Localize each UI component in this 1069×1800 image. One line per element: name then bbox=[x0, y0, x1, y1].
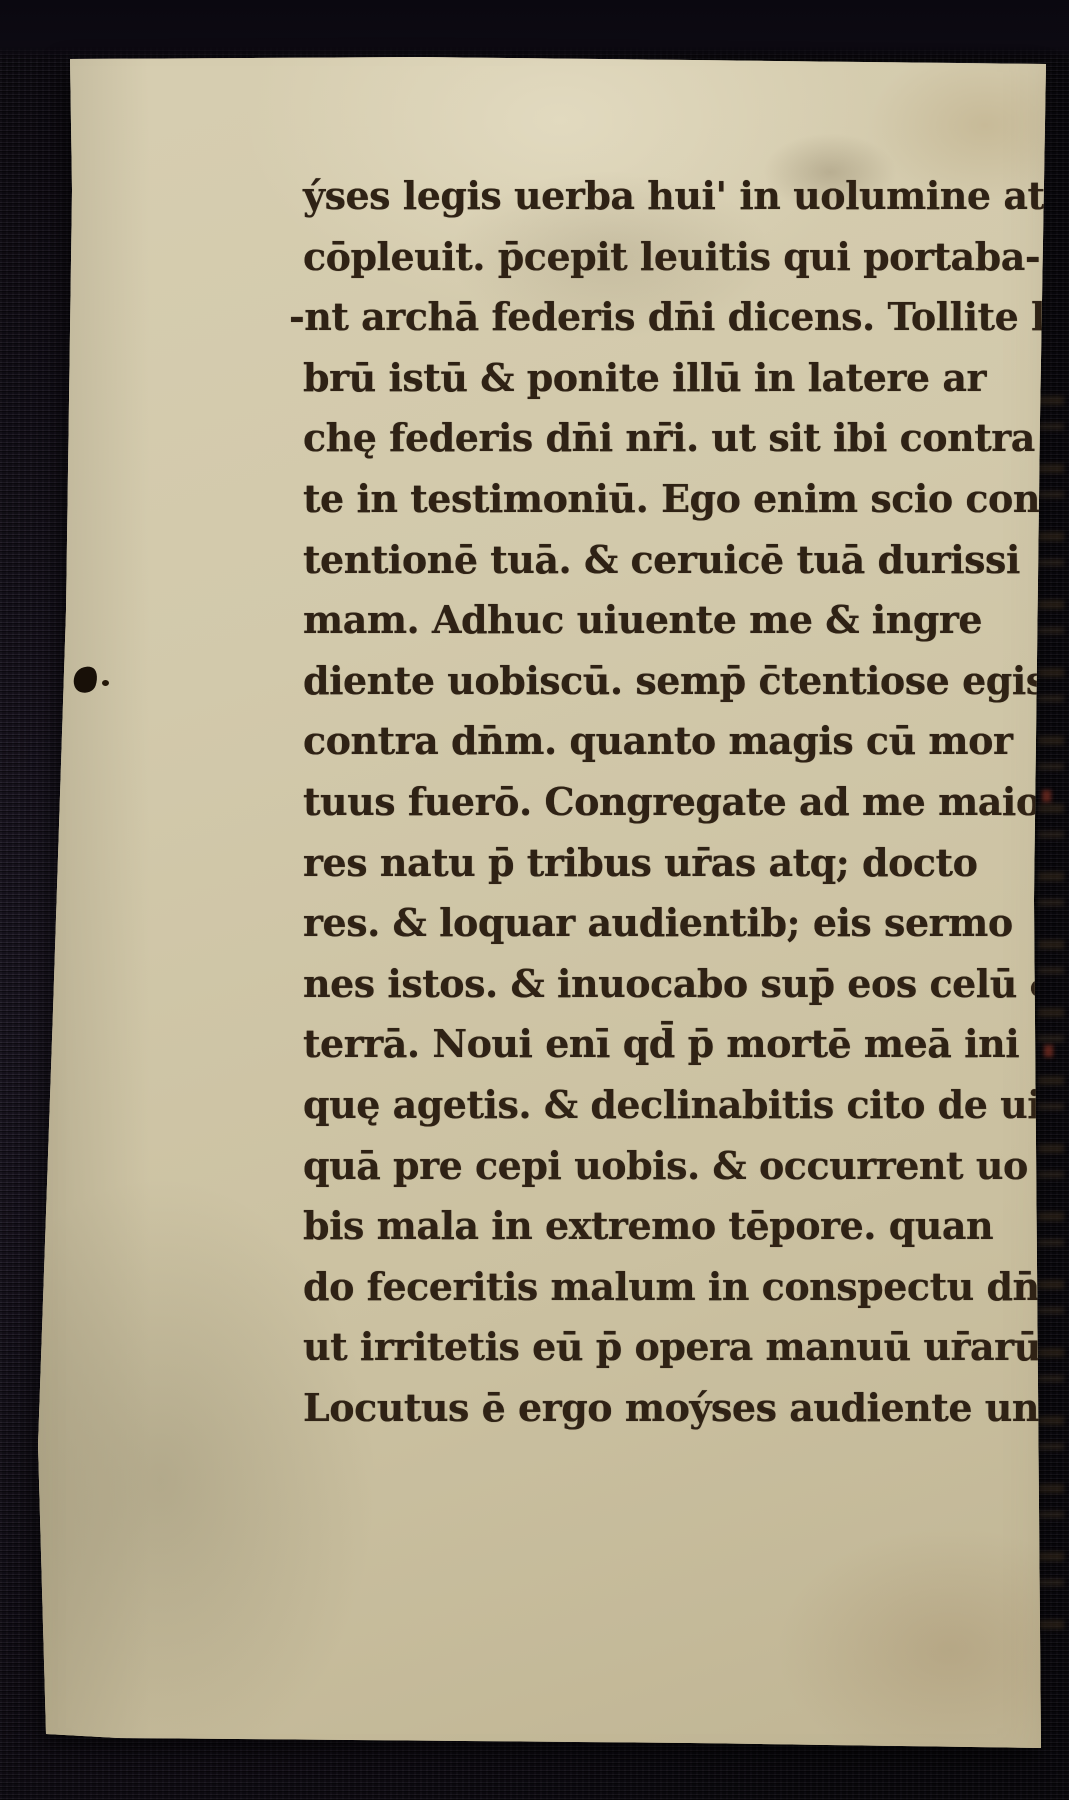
text-line: quę agetis. & declinabitis cito de uia bbox=[303, 1075, 1043, 1136]
text-line: Locutus ē ergo moýses audiente uni bbox=[303, 1378, 1043, 1439]
text-block: ýses legis uerba hui' in uolumine atq; c… bbox=[303, 166, 1043, 1438]
text-line: contra dn̄m. quanto magis cū mor bbox=[303, 711, 1043, 772]
text-line: chę federis dn̄i nr̄i. ut sit ibi contra bbox=[303, 408, 1043, 469]
text-line: tuus fuerō. Congregate ad me maio bbox=[303, 772, 1043, 833]
text-line: -nt archā federis dn̄i dicens. Tollite l… bbox=[289, 287, 1043, 348]
text-line: nes istos. & inuocabo sup̄ eos celū & bbox=[303, 954, 1043, 1015]
ink-blot bbox=[70, 663, 100, 696]
text-line: brū istū & ponite illū in latere ar bbox=[303, 348, 1043, 409]
text-line: te in testimoniū. Ego enim scio con bbox=[303, 469, 1043, 530]
text-line: bis mala in extremo tēpore. quan bbox=[303, 1196, 1043, 1257]
text-line: tentionē tuā. & ceruicē tuā durissi bbox=[303, 530, 1043, 591]
text-line: mam. Adhuc uiuente me & ingre bbox=[303, 590, 1043, 651]
ink-speck bbox=[102, 680, 109, 686]
text-line: quā pre cepi uobis. & occurrent uo bbox=[303, 1136, 1043, 1197]
text-line: do feceritis malum in conspectu dn̄i. bbox=[303, 1257, 1043, 1318]
text-line: diente uobiscū. semp̄ c̄tentiose egistis bbox=[303, 651, 1043, 712]
text-line: terrā. Noui enī qd̄ p̄ mortē meā ini bbox=[303, 1014, 1043, 1075]
parchment-page-wrap: ýses legis uerba hui' in uolumine atq; c… bbox=[0, 0, 1069, 1800]
text-line: ýses legis uerba hui' in uolumine atq; bbox=[303, 166, 1043, 227]
text-line: ut irritetis eū p̄ opera manuū ur̄arū. bbox=[303, 1317, 1043, 1378]
text-line: res. & loquar audientib; eis sermo bbox=[303, 893, 1043, 954]
text-line: res natu p̄ tribus ur̄as atq; docto bbox=[303, 833, 1043, 894]
parchment-page: ýses legis uerba hui' in uolumine atq; c… bbox=[0, 0, 1069, 1800]
manuscript-photo: ýses legis uerba hui' in uolumine atq; c… bbox=[0, 0, 1069, 1800]
text-line: cōpleuit. p̄cepit leuitis qui portaba- bbox=[303, 227, 1043, 288]
